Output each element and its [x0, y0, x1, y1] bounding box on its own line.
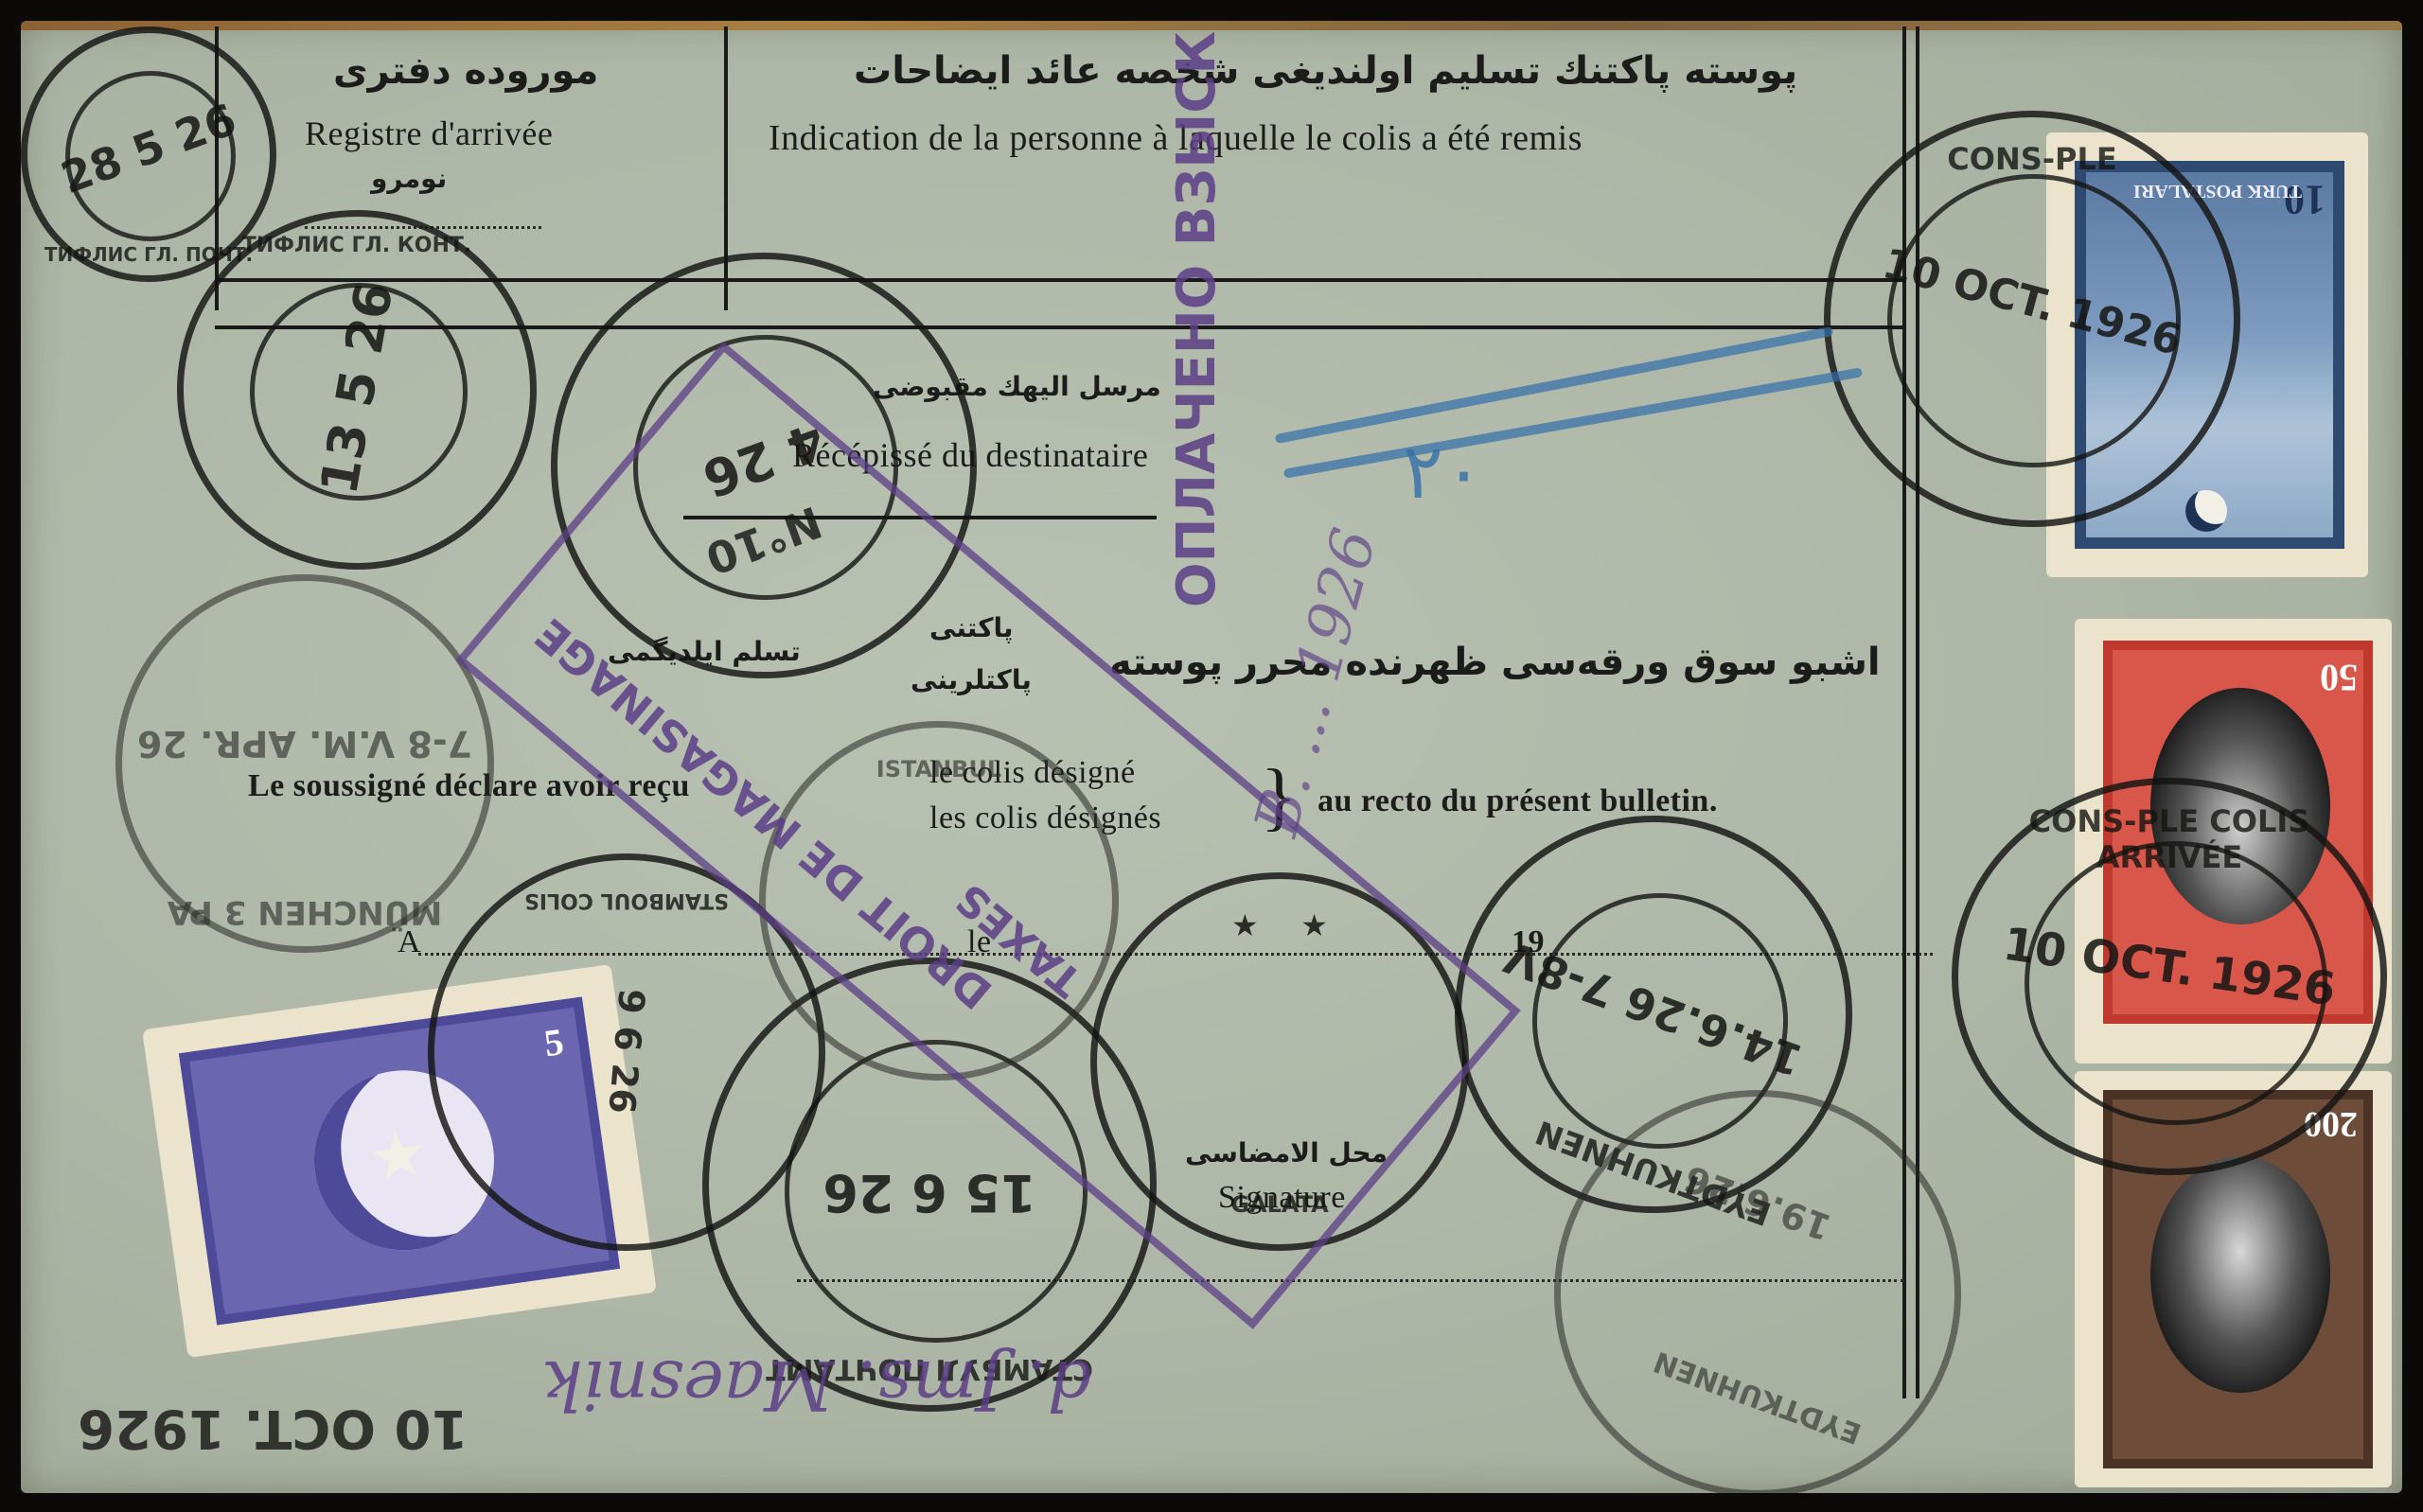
postmark-eydtkuhnen-2: 19.6.26 EYDTKUHNEN — [1554, 1090, 1961, 1493]
declaration-french-suffix: au recto du présent bulletin. — [1318, 783, 1718, 819]
declaration-ottoman: اشبو سوق ورقه‌سی ظهرنده محرر پوسته — [1109, 641, 1881, 684]
register-number-label: نومرو — [371, 163, 447, 194]
postmark-tiflis-13-5-26: 13 5 26 ТИФЛИС ГЛ. КОНТ. — [177, 210, 537, 570]
register-french-title: Registre d'arrivée — [305, 114, 553, 153]
crescent-icon — [2185, 490, 2227, 532]
header-ottoman: پوسته پاکتنك تسلیم اولندیغی شخصه عائد ای… — [854, 49, 1797, 93]
handwritten-signature: d. Jms. Maesnik — [541, 1345, 1091, 1425]
register-ottoman-title: موروده دفتری — [333, 49, 598, 93]
purple-vertical-handstamp: ОПЛАЧЕНО ВЗЫСК — [1166, 31, 1228, 607]
parcel-card: موروده دفتری Registre d'arrivée نومرو پو… — [21, 21, 2402, 1493]
postmark-cons-ple-arrivee: 10 OCT. 1926 CONS-PLE COLIS ARRIVÉE — [1952, 778, 2387, 1175]
postmark-bottom-left-date: 10 OCT. 1926 — [78, 1398, 468, 1459]
card-top-edge — [21, 21, 2402, 30]
blue-pencil-numeral: ٢٠ — [1403, 428, 1484, 516]
star-icon: ★ — [363, 1113, 433, 1199]
postmark-cons-ple-top: 10 OCT. 1926 CONS-PLE — [1824, 111, 2240, 527]
portrait-icon — [2150, 1156, 2330, 1393]
stamp-50-value: 50 — [2320, 656, 2358, 700]
